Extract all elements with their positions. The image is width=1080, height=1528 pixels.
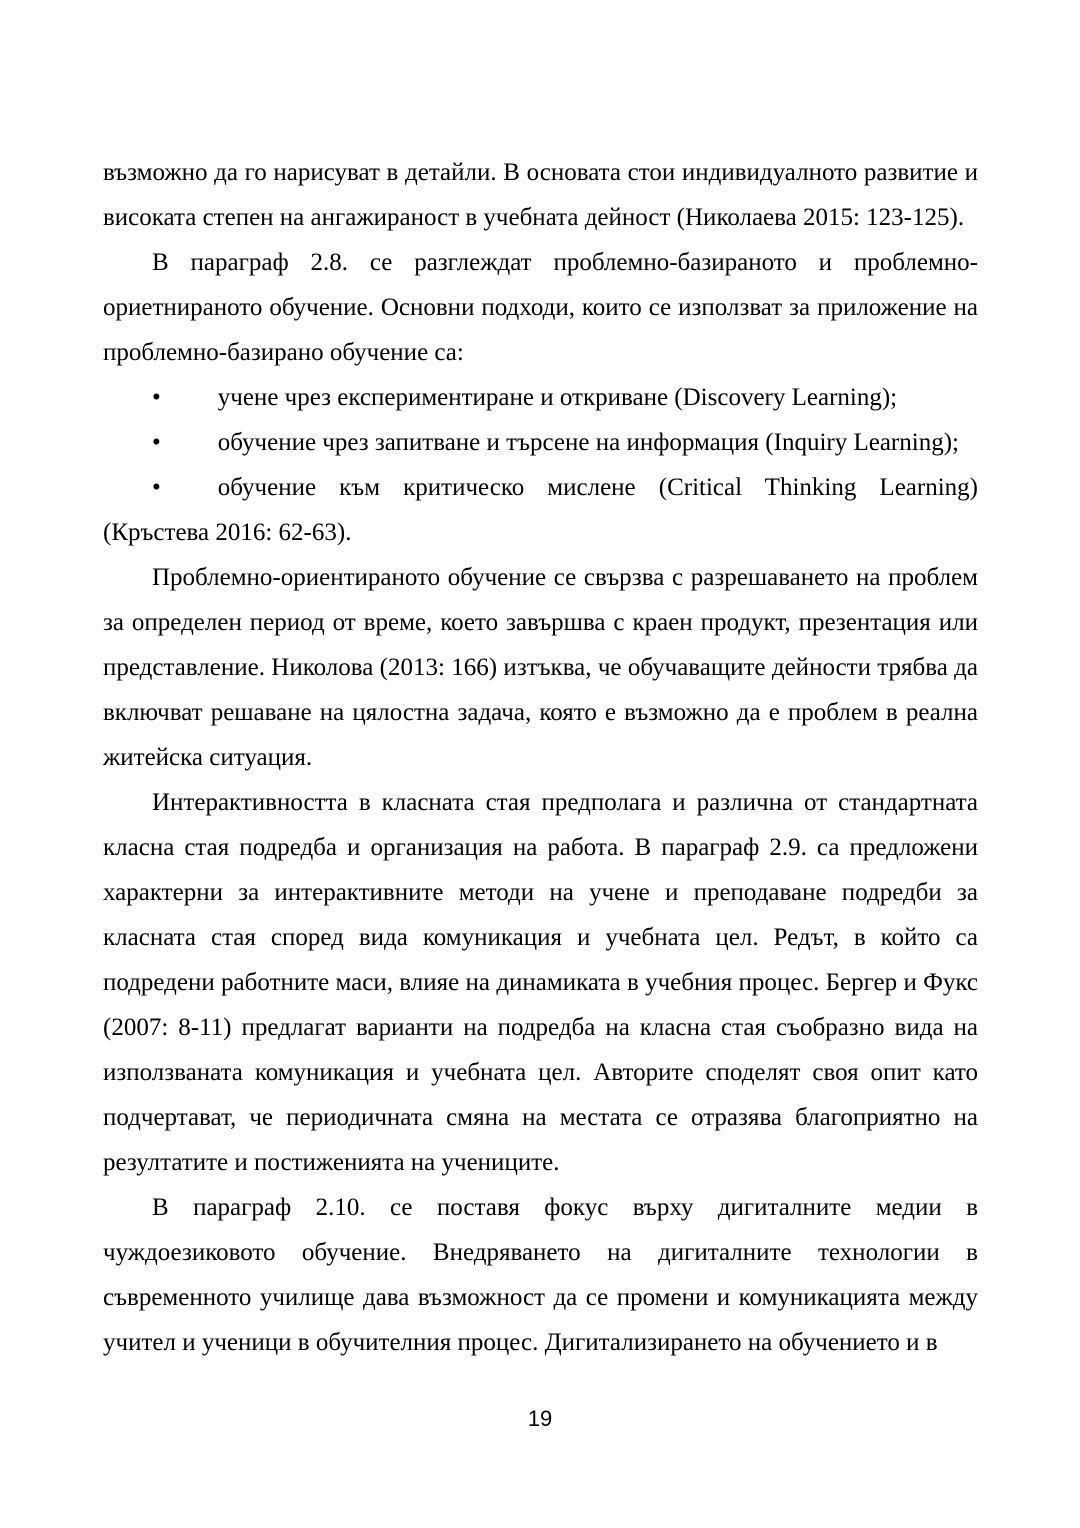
- bullet-text: обучение чрез запитване и търсене на инф…: [218, 429, 959, 456]
- bullet-marker-icon: •: [152, 384, 161, 411]
- bullet-item: •учене чрез експериментиране и откриване…: [103, 375, 978, 420]
- document-page: възможно да го нарисуват в детайли. В ос…: [0, 0, 1080, 1528]
- paragraph: В параграф 2.10. се поставя фокус върху …: [103, 1185, 978, 1365]
- paragraph: Проблемно-ориентираното обучение се свър…: [103, 555, 978, 780]
- bullet-item: •обучение към критическо мислене (Critic…: [103, 465, 978, 555]
- bullet-marker-icon: •: [152, 474, 161, 501]
- paragraph: възможно да го нарисуват в детайли. В ос…: [103, 150, 978, 240]
- bullet-text: обучение към критическо мислене (Critica…: [103, 474, 978, 546]
- paragraph: В параграф 2.8. се разглеждат проблемно-…: [103, 240, 978, 375]
- bullet-item: •обучение чрез запитване и търсене на ин…: [103, 420, 978, 465]
- page-number: 19: [0, 1404, 1080, 1434]
- bullet-text: учене чрез експериментиране и откриване …: [218, 384, 897, 411]
- paragraph: Интерактивността в класната стая предпол…: [103, 780, 978, 1185]
- page-body-text: възможно да го нарисуват в детайли. В ос…: [103, 150, 978, 1365]
- bullet-marker-icon: •: [152, 429, 161, 456]
